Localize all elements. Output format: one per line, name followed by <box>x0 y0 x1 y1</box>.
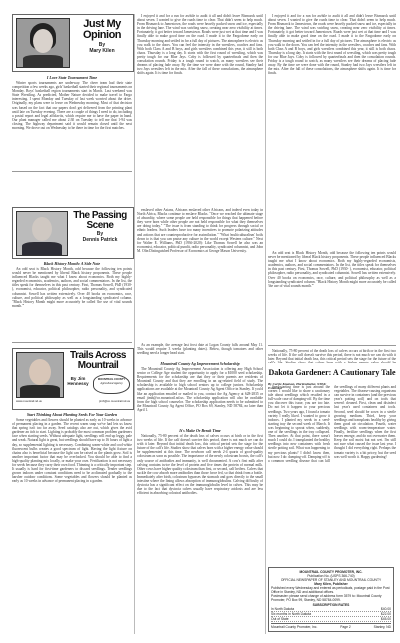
page-number: Page 2 <box>340 625 350 629</box>
article-headline: I Love State Tournament Time <box>12 75 132 80</box>
passing-scene-header: The Passing Scene By Dennis Patrick <box>12 207 134 259</box>
author-photo-mary-kilen <box>16 18 70 68</box>
page-footer: Mountrail County Promoter, Inc. Page 2 S… <box>271 623 391 629</box>
mountrail-county-badge: MOUNTRAIL COUNTY Agricultural Agency <box>93 374 130 394</box>
article-headline: Black History Month: A Side Note <box>12 261 132 266</box>
article-headline: Start Thinking About Planting Seeds For … <box>12 412 132 417</box>
opinion-continued-right: I enjoyed it and for a run for awhile to… <box>268 14 396 170</box>
passing-scene-continued: enslaved other Asians, Africans enslaved… <box>137 208 263 338</box>
article-body: An odd seat is Black History Month, odd … <box>12 267 132 333</box>
author-photo-jim-hennessy <box>16 352 64 398</box>
article-body: Some vegetables and flowers should be pl… <box>12 418 132 636</box>
website-link[interactable]: www.mountrail.nd.us <box>16 399 42 403</box>
passing-scene-continued-right: An odd seat is Black History Month, odd … <box>268 251 396 339</box>
dakota-gardener-title: Dakota Gardener: A Cautionary Tale <box>268 368 396 377</box>
column-divider <box>134 14 135 634</box>
publication-masthead: MOUNTRAIL COUNTY PROMOTER, INC. Publicat… <box>268 567 394 632</box>
rate-row: Out of State$45.00 <box>271 617 391 622</box>
author-name: Hennessy <box>65 381 91 386</box>
calves-headline: It's Make Or Break Time <box>137 428 263 433</box>
trails-across-header: Trails Across Mountrail By Jim Hennessy … <box>12 348 134 410</box>
scholarship-headline: Mountrail County Ag Improvement Scholars… <box>137 361 263 366</box>
email-link[interactable]: jimh@co.mountrail.nd.us <box>99 399 130 403</box>
column-title: Trails Across Mountrail <box>65 351 131 371</box>
dakota-gardener-body: Seed-starting time is just around the co… <box>268 385 396 563</box>
article-body: Winter sports tournaments are underway. … <box>12 81 132 177</box>
column-title: The Passing Scene By Dennis Patrick <box>69 211 131 243</box>
author-photo-dennis-patrick <box>16 211 68 256</box>
calves-body: Nationally, 75-80 percent of the death l… <box>137 434 263 602</box>
just-my-opinion-continued: I enjoyed it and for a run for awhile to… <box>137 14 263 170</box>
author-name: Dennis Patrick <box>69 237 131 243</box>
column-divider <box>265 14 266 634</box>
column-title: Just My Opinion By Mary Kilen <box>73 19 131 54</box>
just-my-opinion-header: Just My Opinion By Mary Kilen <box>12 14 134 72</box>
trails-continued: As an example, the average last frost da… <box>137 343 263 357</box>
author-name: Mary Kilen <box>73 48 131 54</box>
scholarship-body: The Mountrail County Ag Improvement Asso… <box>137 367 263 425</box>
calves-continued: Nationally, 75-80 percent of the death l… <box>268 349 396 363</box>
